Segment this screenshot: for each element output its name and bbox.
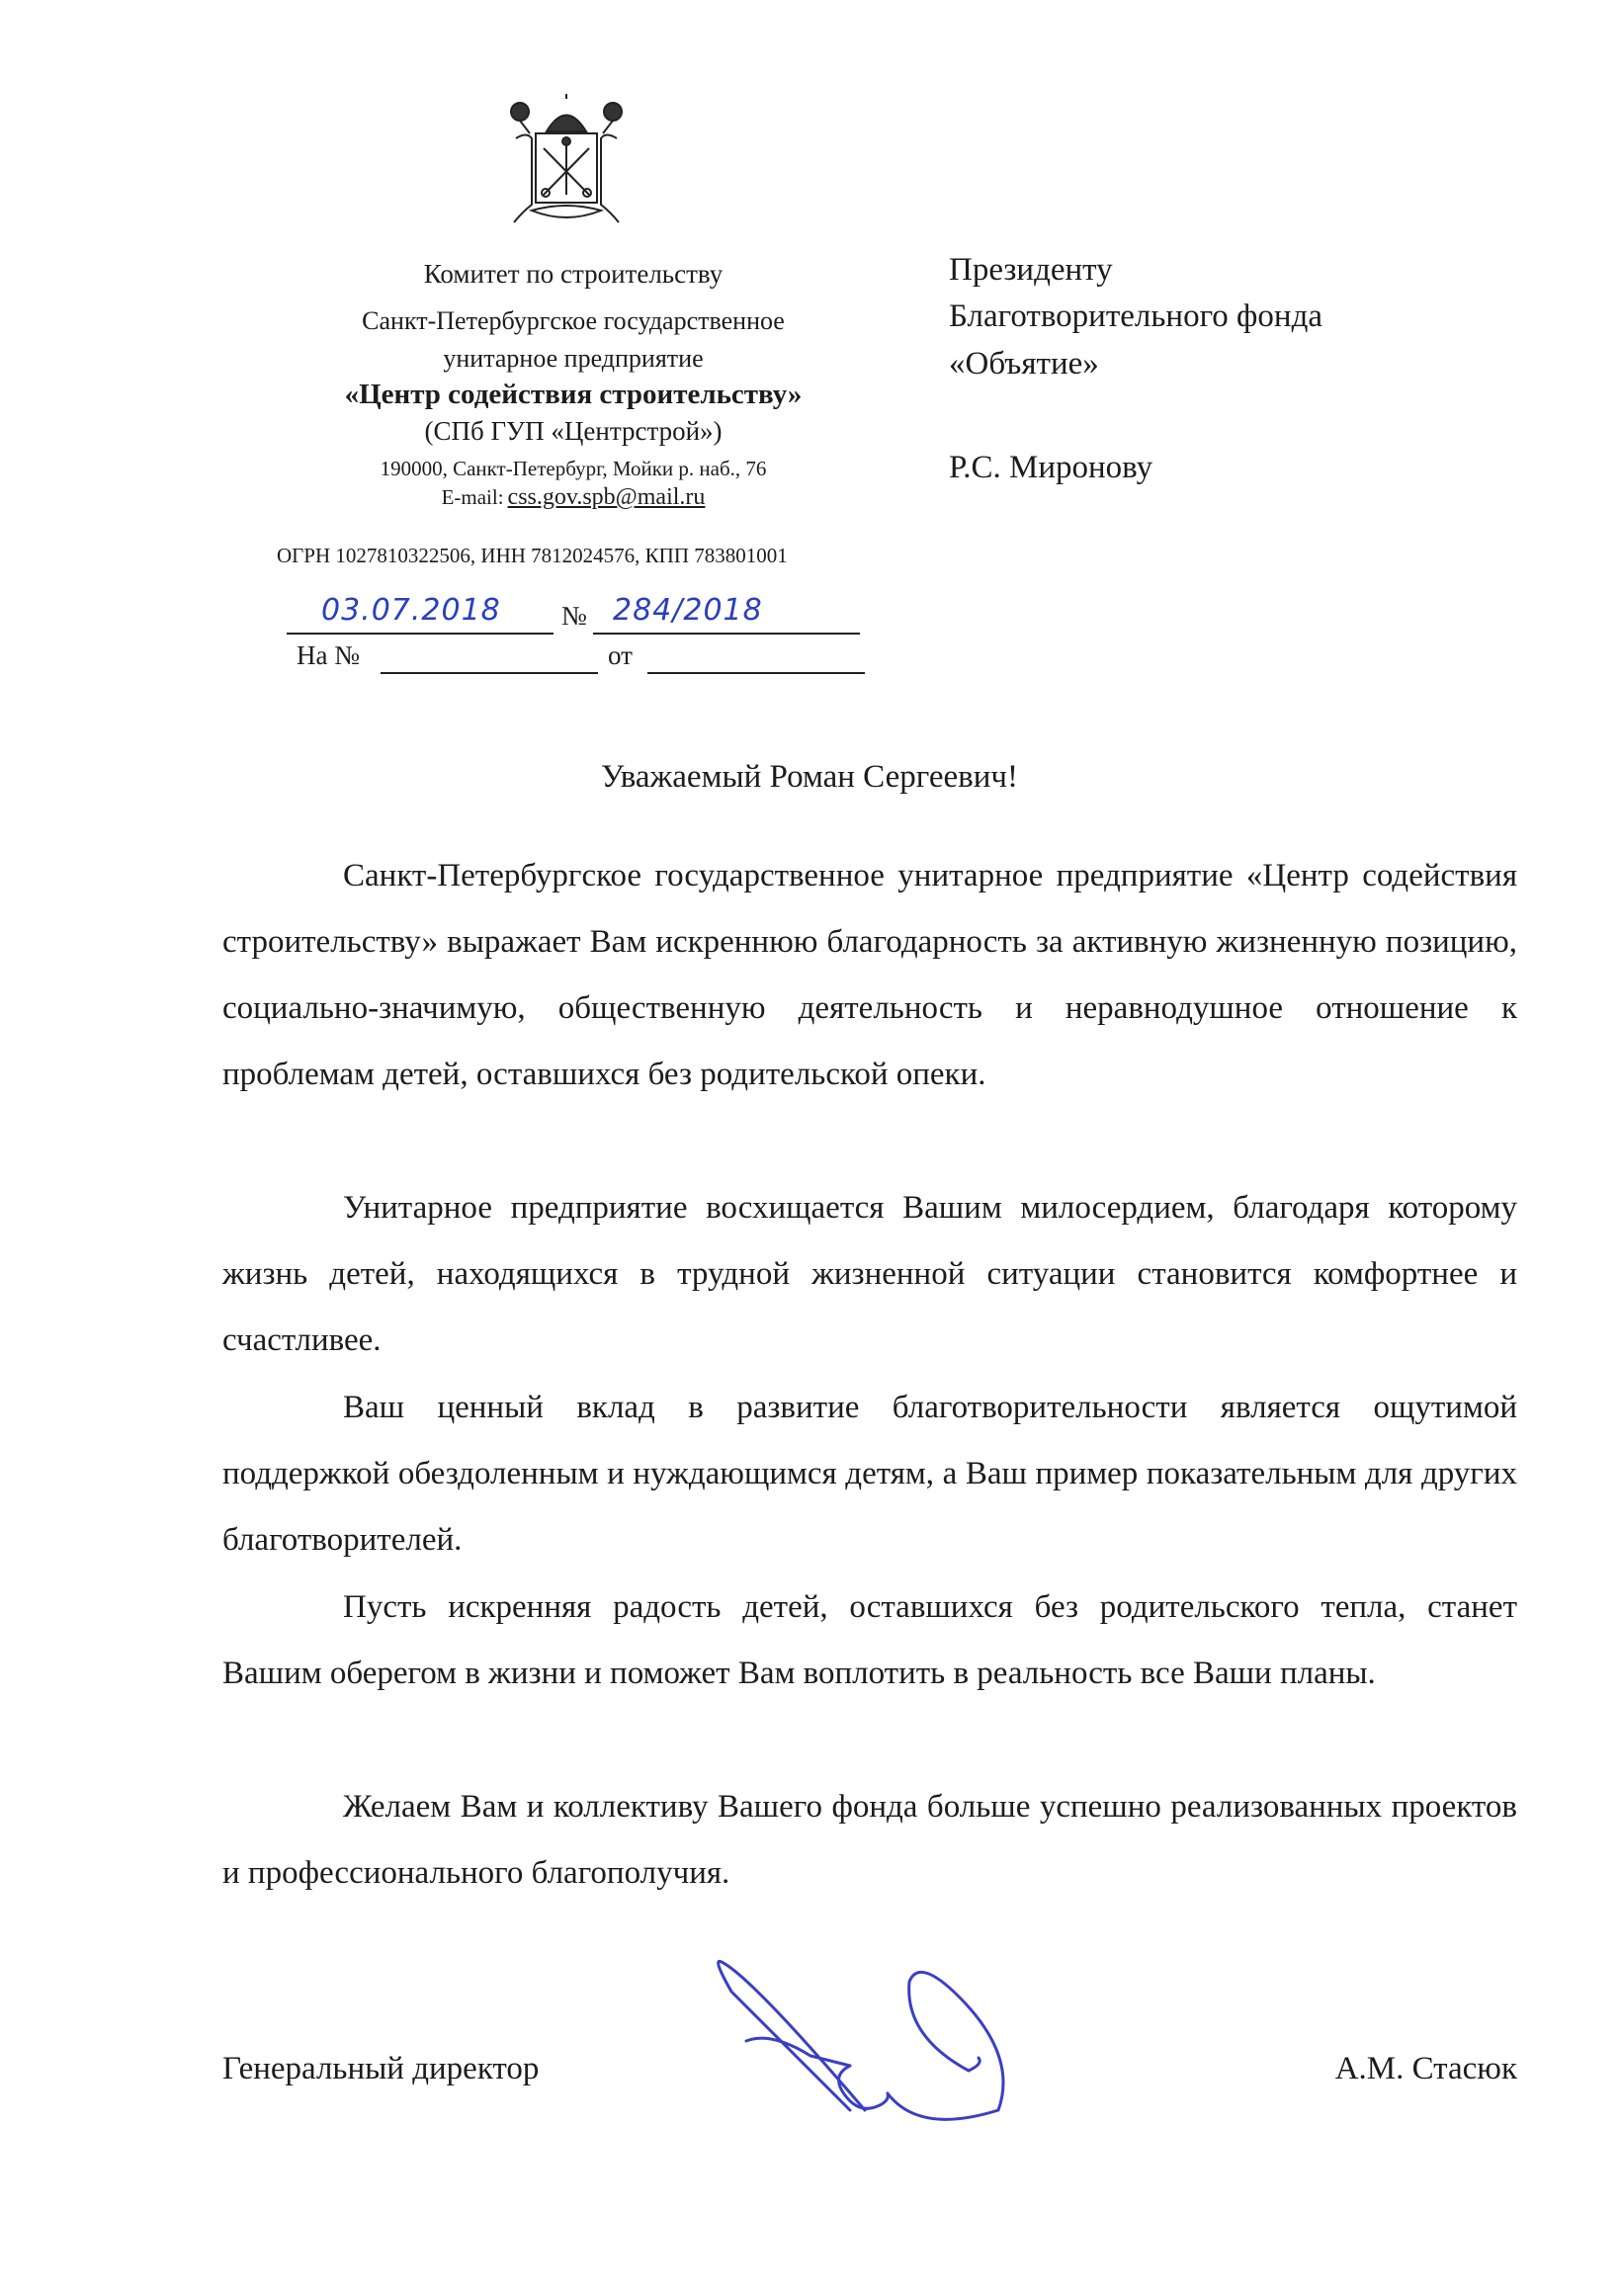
body-paragraph-3: Ваш ценный вклад в развитие благотворите… [222, 1375, 1517, 1573]
org-name: «Центр содействия строительству» [267, 379, 880, 411]
org-line-1: Санкт-Петербургское государственное [267, 306, 880, 336]
signatory-title: Генеральный директор [222, 2051, 539, 2087]
org-address: 190000, Санкт-Петербург, Мойки р. наб., … [267, 457, 880, 481]
email-label: E-mail: [442, 485, 504, 509]
signatory-name: А.М. Стасюк [1335, 2051, 1517, 2087]
body-paragraph-5: Желаем Вам и коллективу Вашего фонда бол… [222, 1774, 1517, 1907]
outgoing-date-field[interactable]: 03.07.2018 [287, 593, 554, 637]
reply-number-label: На № [297, 640, 360, 671]
body-paragraph-2: Унитарное предприятие восхищается Вашим … [222, 1175, 1517, 1374]
body-paragraph-1: Санкт-Петербургское государственное унит… [222, 843, 1517, 1108]
reply-date-field[interactable] [647, 642, 865, 674]
coat-of-arms-icon [502, 94, 631, 232]
org-line-2: унитарное предприятие [267, 344, 880, 374]
committee-name: Комитет по строительству [267, 259, 880, 290]
registry-numbers: ОГРН 1027810322506, ИНН 7812024576, КПП … [277, 544, 788, 568]
email-line: E-mail: css.gov.spb@mail.ru [267, 484, 880, 511]
reply-number-field[interactable] [381, 642, 598, 674]
outgoing-number: 284/2018 [613, 593, 763, 628]
recipient-name: Р.С. Миронову [949, 450, 1152, 486]
recipient-org-name: «Объятие» [949, 346, 1099, 383]
recipient-org: Благотворительного фонда [949, 298, 1322, 335]
org-short-name: (СПб ГУП «Центрстрой») [267, 416, 880, 447]
email-link[interactable]: css.gov.spb@mail.ru [508, 484, 706, 510]
recipient-title: Президенту [949, 252, 1113, 289]
handwritten-signature-icon [712, 1937, 1156, 2135]
number-label: № [561, 601, 587, 632]
body-paragraph-4: Пусть искренняя радость детей, оставшихс… [222, 1574, 1517, 1707]
outgoing-number-field[interactable]: 284/2018 [593, 593, 860, 637]
salutation: Уважаемый Роман Сергеевич! [0, 759, 1619, 796]
outgoing-date: 03.07.2018 [321, 593, 501, 628]
reply-date-label: от [608, 640, 633, 671]
